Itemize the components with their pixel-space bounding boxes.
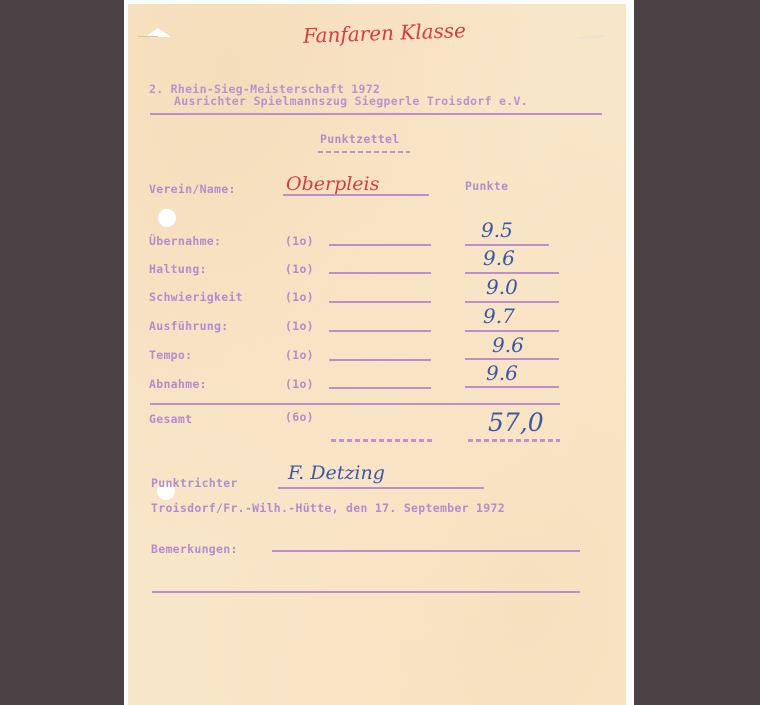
criterion-max: (1o) (285, 290, 314, 304)
header-line-2: Ausrichter Spielmannszug Siegperle Trois… (174, 94, 528, 108)
criterion-max: (1o) (285, 319, 314, 333)
criterion-score: 9.0 (486, 275, 518, 299)
criterion-max: (1o) (285, 377, 314, 391)
verein-value: Oberpleis (286, 173, 379, 195)
criterion-line (329, 330, 431, 332)
verein-label: Verein/Name: (149, 182, 236, 196)
criterion-max: (1o) (285, 234, 314, 248)
sheet-title: Punktzettel (320, 132, 399, 146)
total-max: (6o) (285, 410, 314, 424)
judge-label: Punktrichter (151, 476, 238, 490)
header-rule (150, 113, 602, 115)
criterion-score: 9.6 (492, 333, 524, 357)
score-sheet: Fanfaren Klasse 2. Rhein-Sieg-Meistersch… (128, 4, 626, 705)
class-heading: Fanfaren Klasse (303, 18, 467, 48)
score-line (465, 386, 559, 388)
criterion-score: 9.6 (483, 246, 515, 270)
judge-signature-line (278, 487, 484, 489)
criterion-line (329, 272, 431, 274)
punch-hole-top (158, 209, 176, 227)
criterion-label: Abnahme: (149, 377, 207, 391)
title-underline (318, 151, 410, 153)
place-date: Troisdorf/Fr.-Wilh.-Hütte, den 17. Septe… (151, 501, 505, 515)
criterion-score: 9.6 (486, 361, 518, 385)
criterion-label: Schwierigkeit (149, 290, 243, 304)
judge-signature: F. Detzing (288, 462, 385, 484)
total-double-line-right (468, 439, 560, 442)
paper-crease-left (138, 36, 158, 37)
score-line (465, 358, 559, 360)
remarks-line-1 (272, 550, 580, 552)
remarks-line-2 (152, 591, 580, 593)
criterion-score: 9.5 (481, 218, 513, 242)
criterion-line (329, 359, 431, 361)
criterion-max: (1o) (285, 348, 314, 362)
criterion-label: Tempo: (149, 348, 192, 362)
score-line (465, 330, 559, 332)
criterion-line (329, 387, 431, 389)
criterion-max: (1o) (285, 262, 314, 276)
criterion-label: Übernahme: (149, 234, 221, 248)
remarks-label: Bemerkungen: (151, 542, 238, 556)
score-line (465, 272, 559, 274)
criterion-score: 9.7 (483, 304, 515, 328)
criterion-label: Haltung: (149, 262, 207, 276)
total-score: 57,0 (488, 408, 544, 437)
total-double-line-left (331, 439, 433, 442)
torn-mark-right (578, 35, 606, 39)
criterion-line (329, 244, 431, 246)
score-line (465, 301, 559, 303)
criterion-label: Ausführung: (149, 319, 228, 333)
criterion-line (329, 301, 431, 303)
total-label: Gesamt (149, 412, 192, 426)
verein-underline (283, 194, 429, 196)
total-rule (150, 403, 560, 405)
punkte-label: Punkte (465, 179, 508, 193)
